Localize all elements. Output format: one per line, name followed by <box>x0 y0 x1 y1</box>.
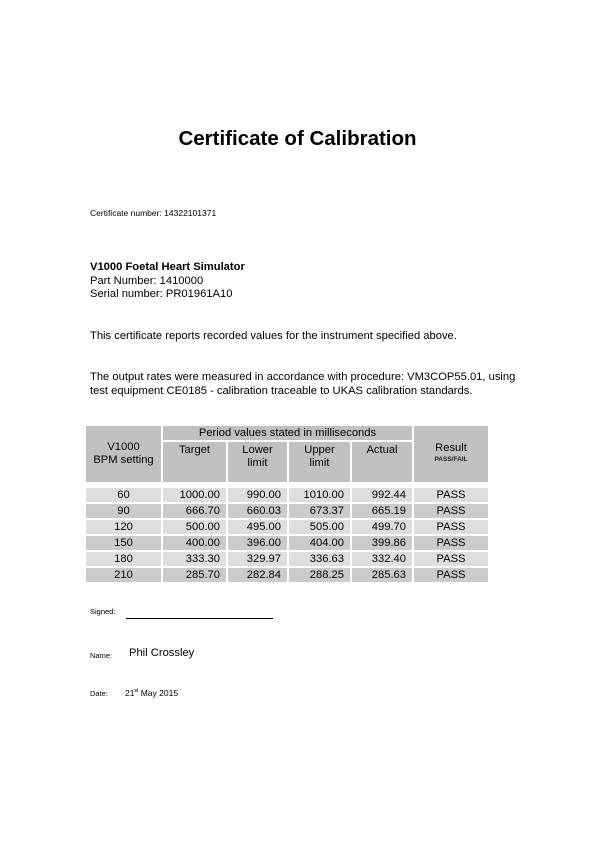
table-row: 120500.00495.00505.00499.70PASS <box>86 520 488 534</box>
header-upper-2: limit <box>310 457 330 469</box>
product-info: V1000 Foetal Heart Simulator Part Number… <box>90 261 245 302</box>
certificate-number: Certificate number: 14322101371 <box>90 208 216 218</box>
header-period: Period values stated in milliseconds <box>163 426 412 440</box>
cell-upper-limit: 673.37 <box>289 504 350 518</box>
cell-target: 400.00 <box>163 536 226 550</box>
header-result-sub: PASS/FAIL <box>414 454 488 466</box>
cell-lower-limit: 282.84 <box>228 568 287 582</box>
header-bpm: V1000 BPM setting <box>86 426 161 482</box>
signature-line <box>126 618 273 619</box>
header-actual: Actual <box>352 442 412 482</box>
header-bpm-line2: BPM setting <box>93 454 153 466</box>
cell-bpm: 60 <box>86 488 161 502</box>
cell-result: PASS <box>414 488 488 502</box>
cell-upper-limit: 404.00 <box>289 536 350 550</box>
cell-result: PASS <box>414 504 488 518</box>
cell-bpm: 90 <box>86 504 161 518</box>
cell-actual: 399.86 <box>352 536 412 550</box>
header-bpm-line1: V1000 <box>107 441 139 453</box>
cell-actual: 992.44 <box>352 488 412 502</box>
cell-bpm: 180 <box>86 552 161 566</box>
cell-result: PASS <box>414 536 488 550</box>
cell-target: 666.70 <box>163 504 226 518</box>
cell-lower-limit: 990.00 <box>228 488 287 502</box>
header-lower-1: Lower <box>242 444 272 456</box>
header-lower-2: limit <box>248 457 268 469</box>
table-body: 601000.00990.001010.00992.44PASS90666.70… <box>86 484 488 582</box>
cell-target: 1000.00 <box>163 488 226 502</box>
cell-lower-limit: 329.97 <box>228 552 287 566</box>
date-value: 21st May 2015 <box>125 688 178 698</box>
part-number: Part Number: 1410000 <box>90 275 245 289</box>
header-upper-limit: Upper limit <box>289 442 350 482</box>
header-upper-1: Upper <box>304 444 334 456</box>
date-label: Date: <box>90 689 108 698</box>
header-target: Target <box>163 442 226 482</box>
cell-actual: 665.19 <box>352 504 412 518</box>
cell-bpm: 150 <box>86 536 161 550</box>
procedure-text: The output rates were measured in accord… <box>90 371 530 399</box>
cell-actual: 332.40 <box>352 552 412 566</box>
cell-result: PASS <box>414 520 488 534</box>
cell-target: 500.00 <box>163 520 226 534</box>
cell-actual: 499.70 <box>352 520 412 534</box>
cell-lower-limit: 396.00 <box>228 536 287 550</box>
cell-target: 333.30 <box>163 552 226 566</box>
cell-result: PASS <box>414 552 488 566</box>
table-row: 210285.70282.84288.25285.63PASS <box>86 568 488 582</box>
cell-bpm: 210 <box>86 568 161 582</box>
cell-upper-limit: 288.25 <box>289 568 350 582</box>
cell-upper-limit: 505.00 <box>289 520 350 534</box>
cell-result: PASS <box>414 568 488 582</box>
product-name: V1000 Foetal Heart Simulator <box>90 261 245 275</box>
name-value: Phil Crossley <box>129 647 194 659</box>
date-rest: May 2015 <box>138 688 178 698</box>
header-result: Result PASS/FAIL <box>414 426 488 482</box>
cell-target: 285.70 <box>163 568 226 582</box>
table-row: 90666.70660.03673.37665.19PASS <box>86 504 488 518</box>
cell-upper-limit: 336.63 <box>289 552 350 566</box>
cell-actual: 285.63 <box>352 568 412 582</box>
page-title: Certificate of Calibration <box>0 127 595 151</box>
calibration-table: V1000 BPM setting Period values stated i… <box>84 424 490 584</box>
cell-bpm: 120 <box>86 520 161 534</box>
table-row: 601000.00990.001010.00992.44PASS <box>86 488 488 502</box>
table-row: 180333.30329.97336.63332.40PASS <box>86 552 488 566</box>
serial-number: Serial number: PR01961A10 <box>90 288 245 302</box>
table-row: 150400.00396.00404.00399.86PASS <box>86 536 488 550</box>
name-label: Name: <box>90 651 112 660</box>
header-lower-limit: Lower limit <box>228 442 287 482</box>
cell-upper-limit: 1010.00 <box>289 488 350 502</box>
cell-lower-limit: 495.00 <box>228 520 287 534</box>
header-result-label: Result <box>435 442 467 454</box>
signed-label: Signed: <box>90 607 115 616</box>
intro-text: This certificate reports recorded values… <box>90 330 457 342</box>
cell-lower-limit: 660.03 <box>228 504 287 518</box>
